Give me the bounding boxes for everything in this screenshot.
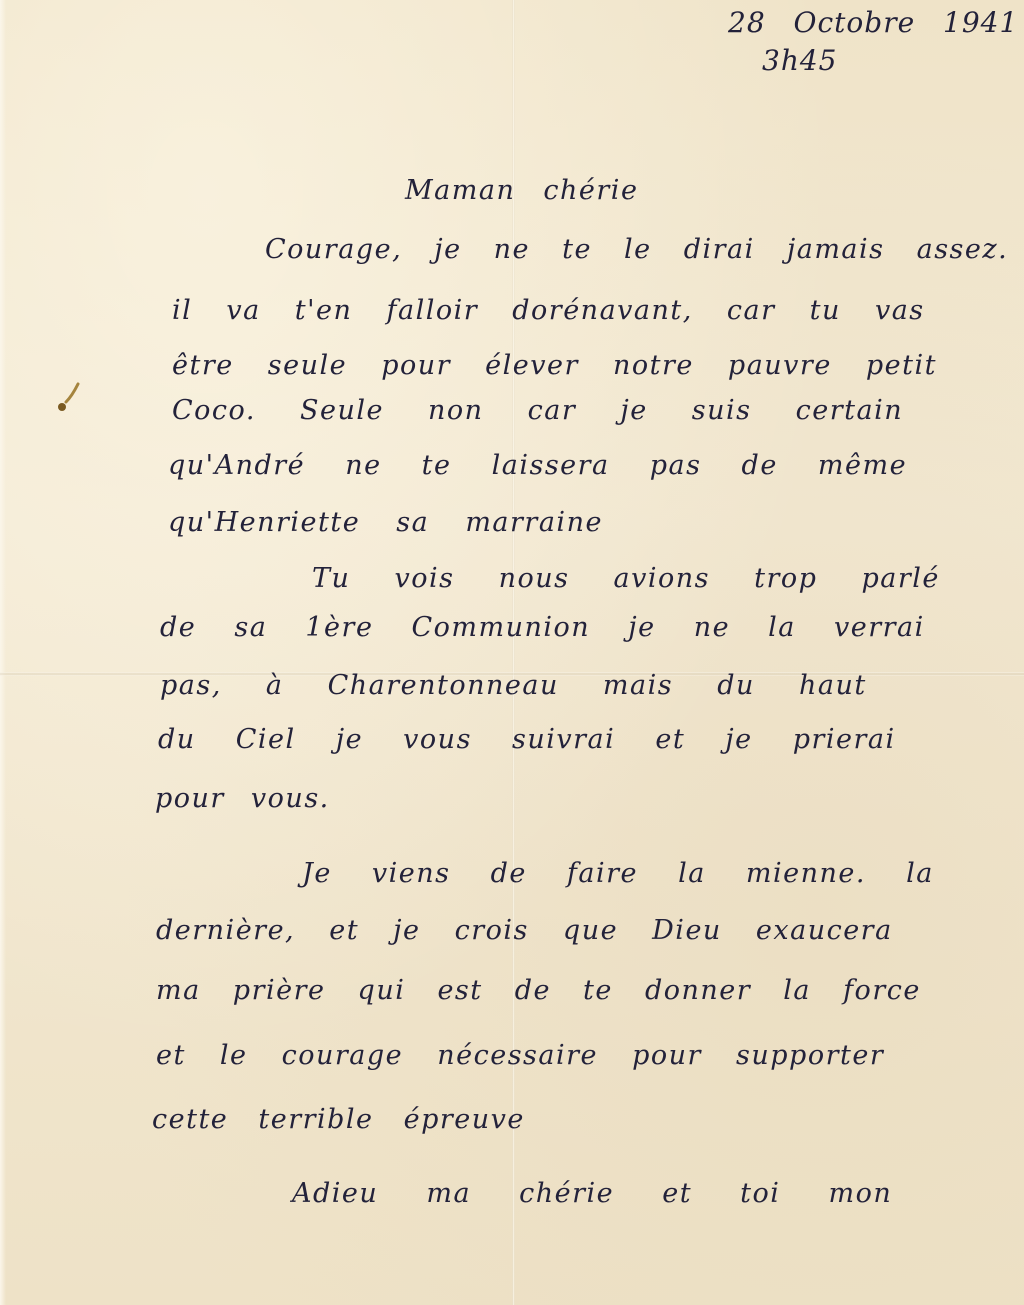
paper-edge (0, 0, 6, 1305)
letter-salutation: Maman chérie (405, 175, 638, 206)
letter-line: Courage, je ne te le dirai jamais assez. (265, 234, 1008, 265)
letter-line: du Ciel je vous suivrai et je prierai (158, 724, 896, 755)
ink-stain-mark (48, 380, 88, 416)
letter-page: 28 Octobre 1941 3h45 Maman chérie Courag… (0, 0, 1024, 1305)
letter-line: Tu vois nous avions trop parlé (312, 563, 940, 594)
letter-line: pour vous. (155, 783, 330, 814)
letter-line: de sa 1ère Communion je ne la verrai (160, 612, 925, 643)
letter-line: être seule pour élever notre pauvre peti… (172, 350, 937, 381)
letter-line: pas, à Charentonneau mais du haut (160, 670, 867, 701)
letter-time: 3h45 (762, 44, 837, 77)
letter-date: 28 Octobre 1941 (728, 6, 1018, 39)
letter-line: dernière, et je crois que Dieu exaucera (156, 915, 893, 946)
letter-line: cette terrible épreuve (152, 1104, 525, 1135)
letter-line: et le courage nécessaire pour supporter (156, 1040, 884, 1071)
letter-line: Je viens de faire la mienne. la (302, 858, 934, 889)
letter-line: Coco. Seule non car je suis certain (172, 395, 903, 426)
letter-line: Adieu ma chérie et toi mon (292, 1178, 892, 1209)
letter-line: qu'André ne te laissera pas de même (168, 450, 907, 481)
letter-line: il va t'en falloir dorénavant, car tu va… (172, 295, 925, 326)
letter-line: ma prière qui est de te donner la force (156, 975, 921, 1006)
letter-line: qu'Henriette sa marraine (168, 507, 603, 538)
